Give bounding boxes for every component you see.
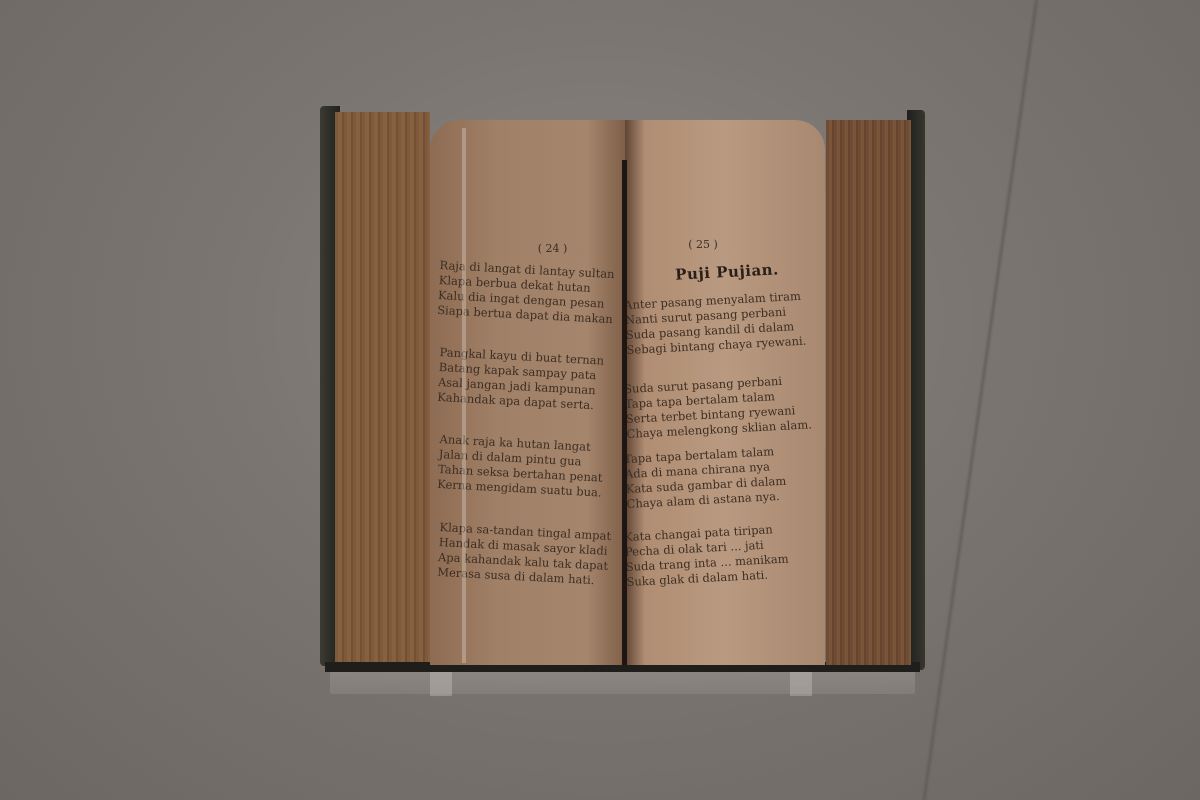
stanza-3: Tapa tapa bertalam talam Ada di mana chi… [624,444,788,512]
page-number-right: ( 25 ) [603,238,803,251]
right-page: ( 25 ) Puji Pujian. Anter pasang menyala… [625,120,825,665]
stand-clip-left [430,668,452,696]
stanza-2: Suda surut pasang perbani Tapa tapa bert… [624,372,812,442]
page-edges-right [826,120,911,665]
left-page: ( 24 ) Raja di langat di lantay sultan K… [430,120,625,665]
open-book: ( 24 ) Raja di langat di lantay sultan K… [320,100,925,672]
stanza-1: Anter pasang menyalam tiram Nanti surut … [624,289,807,358]
stand-clip-right [790,668,812,696]
poem-title: Puji Pujian. [637,258,818,285]
wall-crease [923,0,1038,800]
book-gutter [622,160,627,665]
stanza-4: Kata changai pata tiripan Pecha di olak … [624,522,790,590]
repair-tape [462,128,466,663]
page-edges-left [335,112,430,662]
